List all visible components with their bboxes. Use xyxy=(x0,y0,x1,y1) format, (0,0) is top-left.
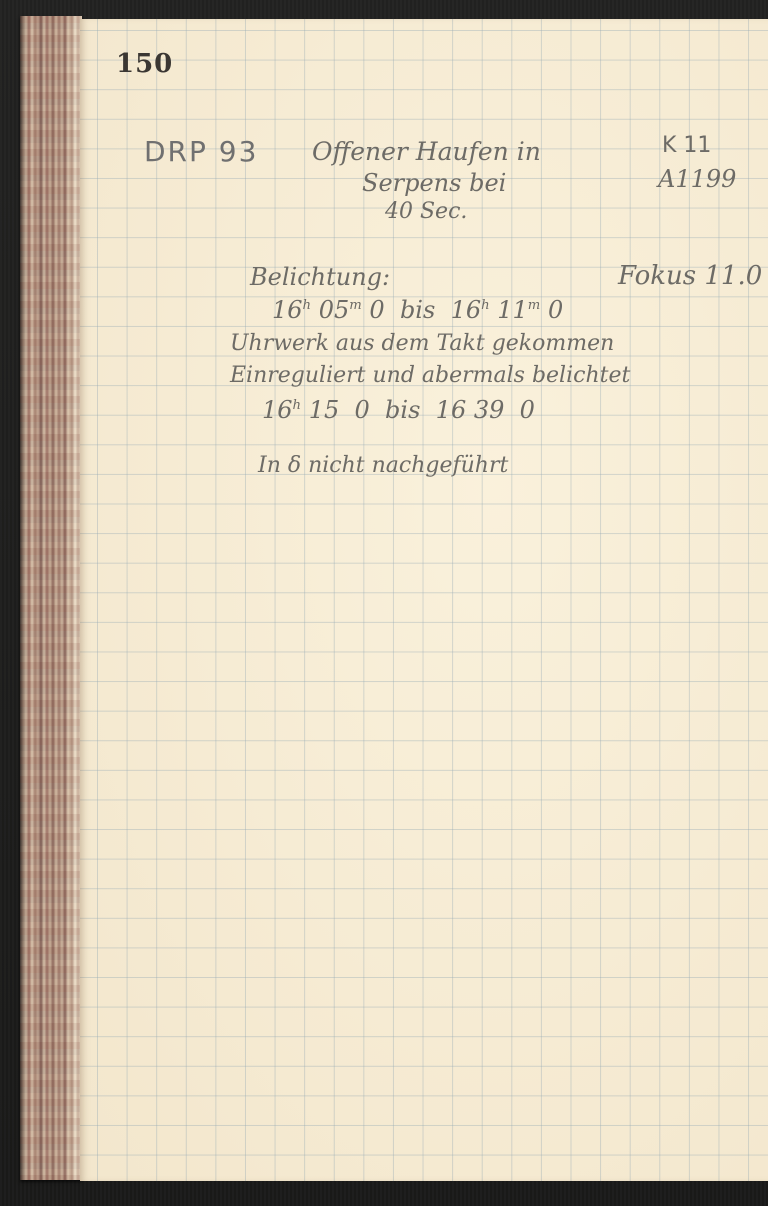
start-second: 0 xyxy=(369,296,384,324)
note-tracking: In δ nicht nachgeführt xyxy=(258,453,508,478)
catalog-id: DRP 93 xyxy=(144,135,258,168)
range-separator: bis xyxy=(400,296,435,324)
note-clock-failure: Uhrwerk aus dem Takt gekommen xyxy=(230,331,614,356)
object-description-line-1: Offener Haufen in xyxy=(312,137,541,166)
hour-unit: h xyxy=(293,398,302,413)
object-description-line-3: 40 Sec. xyxy=(385,199,467,224)
end-hour: 16 xyxy=(436,396,467,424)
plate-number: A1199 xyxy=(658,165,736,193)
notebook-page: 150 DRP 93 Offener Haufen in Serpens bei… xyxy=(80,19,768,1181)
start-hour: 16 xyxy=(272,296,303,324)
minute-unit: m xyxy=(349,298,362,313)
start-second: 0 xyxy=(355,396,370,424)
end-hour: 16 xyxy=(451,296,482,324)
page-number: 150 xyxy=(116,49,173,79)
exposure-label: Belichtung: xyxy=(250,263,390,291)
end-minute: 11 xyxy=(497,296,528,324)
object-description-line-2: Serpens bei xyxy=(362,169,506,197)
end-second: 0 xyxy=(520,396,535,424)
note-readjusted: Einreguliert und abermals belichtet xyxy=(230,363,630,388)
exposure-time-first: 16h 05m 0 bis 16h 11m 0 xyxy=(272,296,563,324)
hour-unit: h xyxy=(481,298,490,313)
start-minute: 05 xyxy=(319,296,350,324)
exposure-time-second: 16h 15 0 bis 16 39 0 xyxy=(262,396,535,424)
start-minute: 15 xyxy=(309,396,340,424)
end-minute: 39 xyxy=(474,396,505,424)
hour-unit: h xyxy=(303,298,312,313)
end-second: 0 xyxy=(548,296,563,324)
page-edges-stack xyxy=(20,16,82,1180)
range-separator: bis xyxy=(385,396,420,424)
start-hour: 16 xyxy=(262,396,293,424)
focus-value: Fokus 11.0 xyxy=(618,261,762,291)
plate-series: K 11 xyxy=(662,133,711,158)
minute-unit: m xyxy=(528,298,541,313)
